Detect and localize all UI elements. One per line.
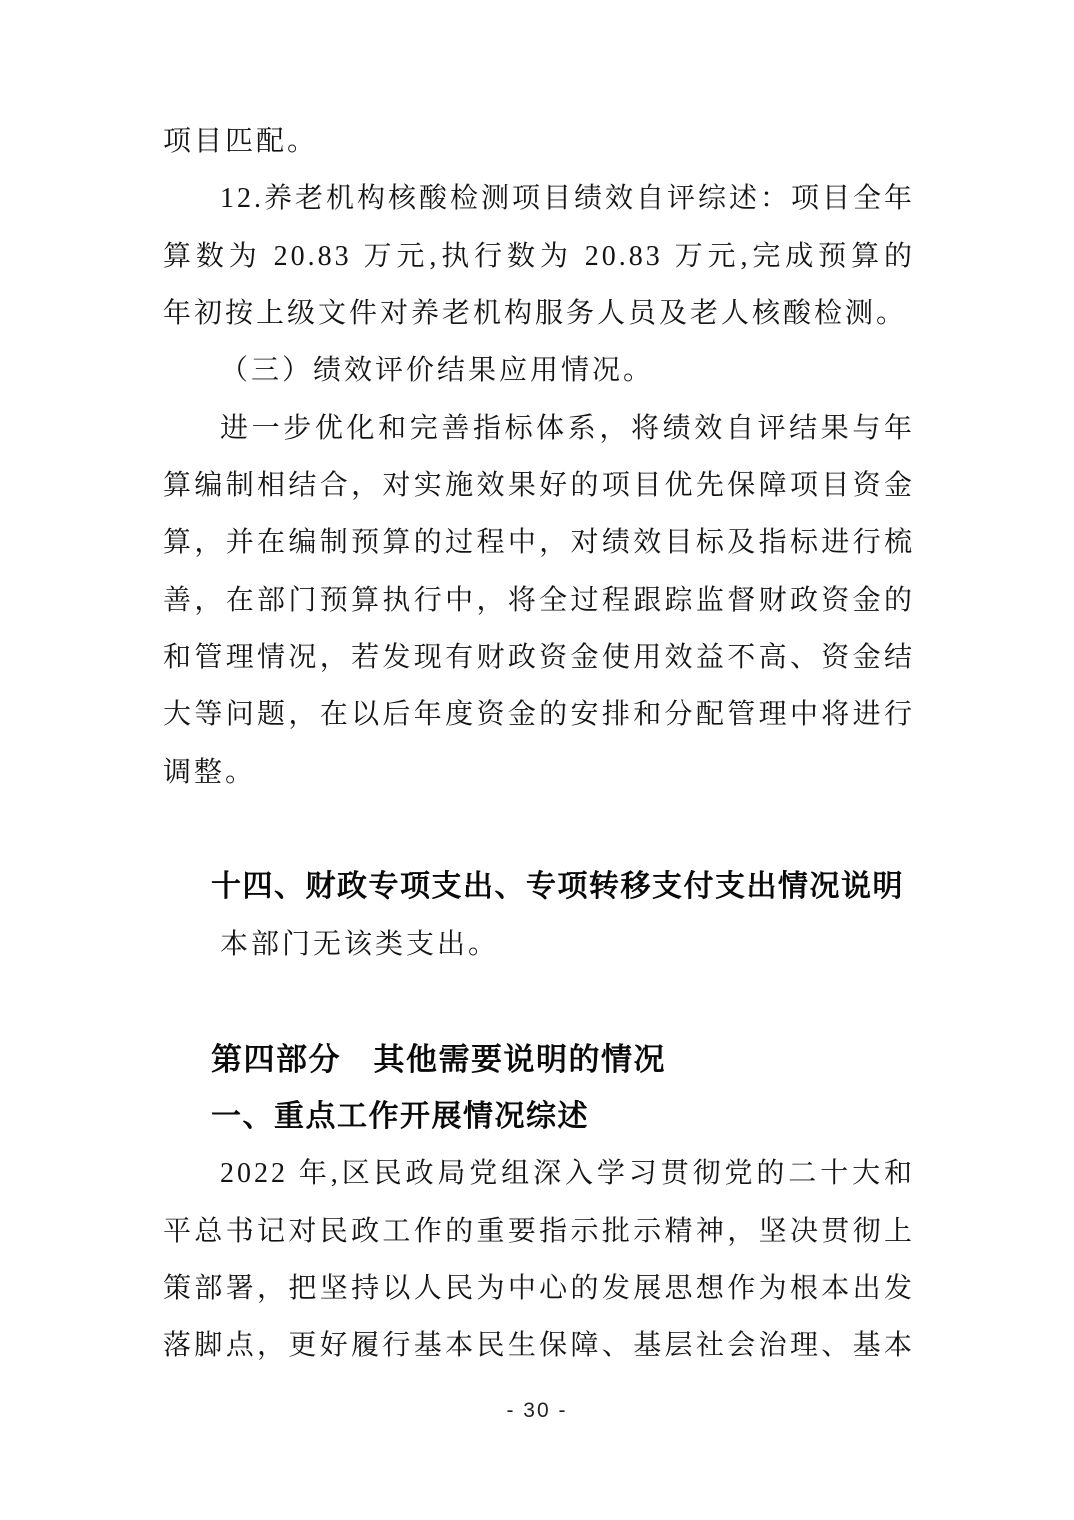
- body-line: 算，并在编制预算的过程中，对绩效目标及指标进行梳理完: [163, 514, 915, 571]
- body-line: 策部署，把坚持以人民为中心的发展思想作为根本出发点和: [163, 1260, 915, 1317]
- body-line: 算数为 20.83 万元,执行数为 20.83 万元,完成预算的 100%。: [163, 228, 915, 285]
- body-line: 2022 年,区民政局党组深入学习贯彻党的二十大和习近: [163, 1145, 915, 1202]
- subsection-heading-one: 一、重点工作开展情况综述: [163, 1088, 915, 1145]
- body-line: 算编制相结合，对实施效果好的项目优先保障项目资金预: [163, 457, 915, 514]
- document-body: 项目匹配。 12.养老机构核酸检测项目绩效自评综述：项目全年预 算数为 20.8…: [163, 113, 915, 1375]
- blank-line: [163, 801, 915, 858]
- body-line: 平总书记对民政工作的重要指示批示精神，坚决贯彻上级决: [163, 1203, 915, 1260]
- body-line: 调整。: [163, 744, 915, 801]
- part-four-heading: 第四部分 其他需要说明的情况: [163, 1031, 915, 1088]
- body-line: 落脚点，更好履行基本民生保障、基层社会治理、基本社会: [163, 1317, 915, 1374]
- body-line: 年初按上级文件对养老机构服务人员及老人核酸检测。: [163, 285, 915, 342]
- page-number: - 30 -: [0, 1399, 1074, 1423]
- body-line: 大等问题，在以后年度资金的安排和分配管理中将进行相应: [163, 686, 915, 743]
- body-line: 善，在部门预算执行中，将全过程跟踪监督财政资金的使用: [163, 572, 915, 629]
- section-heading-fourteen: 十四、财政专项支出、专项转移支付支出情况说明: [163, 858, 915, 915]
- body-line: 进一步优化和完善指标体系，将绩效自评结果与年初预: [163, 400, 915, 457]
- body-line: 本部门无该类支出。: [163, 916, 915, 973]
- body-line: 项目匹配。: [163, 113, 915, 170]
- subsection-label-line: （三）绩效评价结果应用情况。: [163, 342, 915, 399]
- body-line: 12.养老机构核酸检测项目绩效自评综述：项目全年预: [163, 170, 915, 227]
- document-page: 项目匹配。 12.养老机构核酸检测项目绩效自评综述：项目全年预 算数为 20.8…: [0, 0, 1074, 1520]
- blank-line: [163, 973, 915, 1030]
- body-line: 和管理情况，若发现有财政资金使用效益不高、资金结存较: [163, 629, 915, 686]
